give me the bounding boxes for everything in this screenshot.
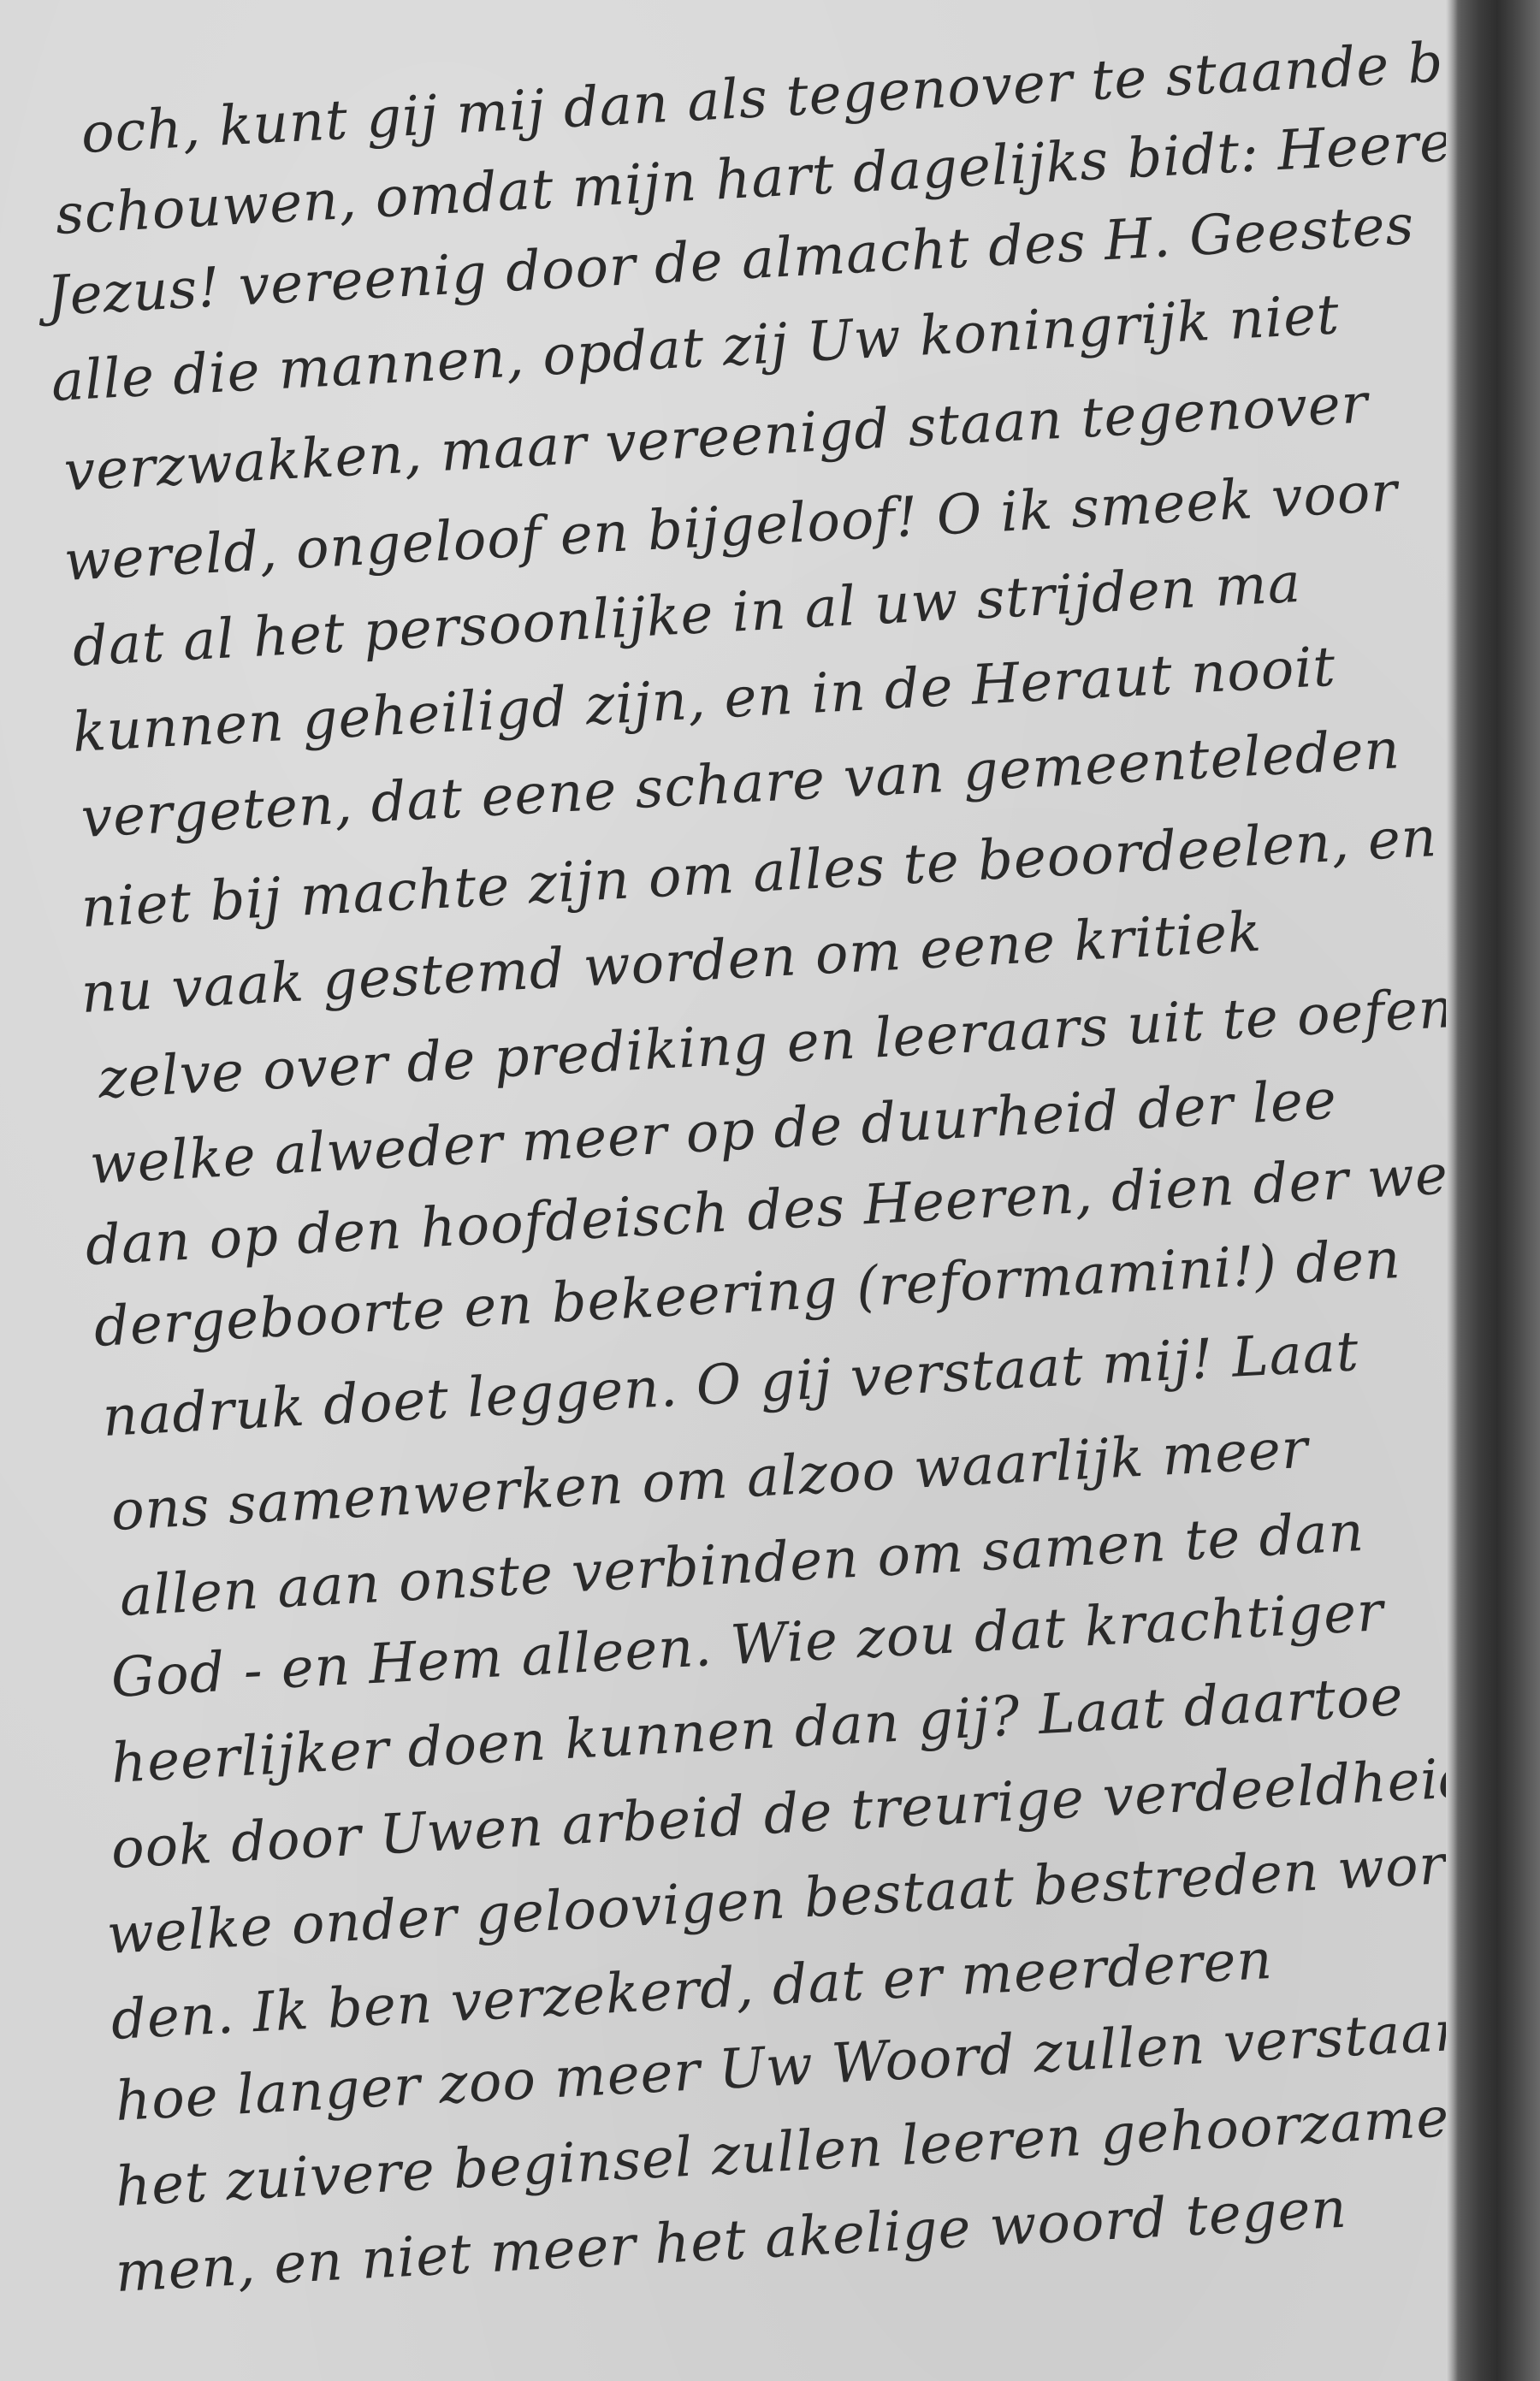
paper-page: och, kunt gij mij dan als tegenover te s…	[0, 0, 1472, 2381]
binding-edge	[1446, 0, 1540, 2381]
